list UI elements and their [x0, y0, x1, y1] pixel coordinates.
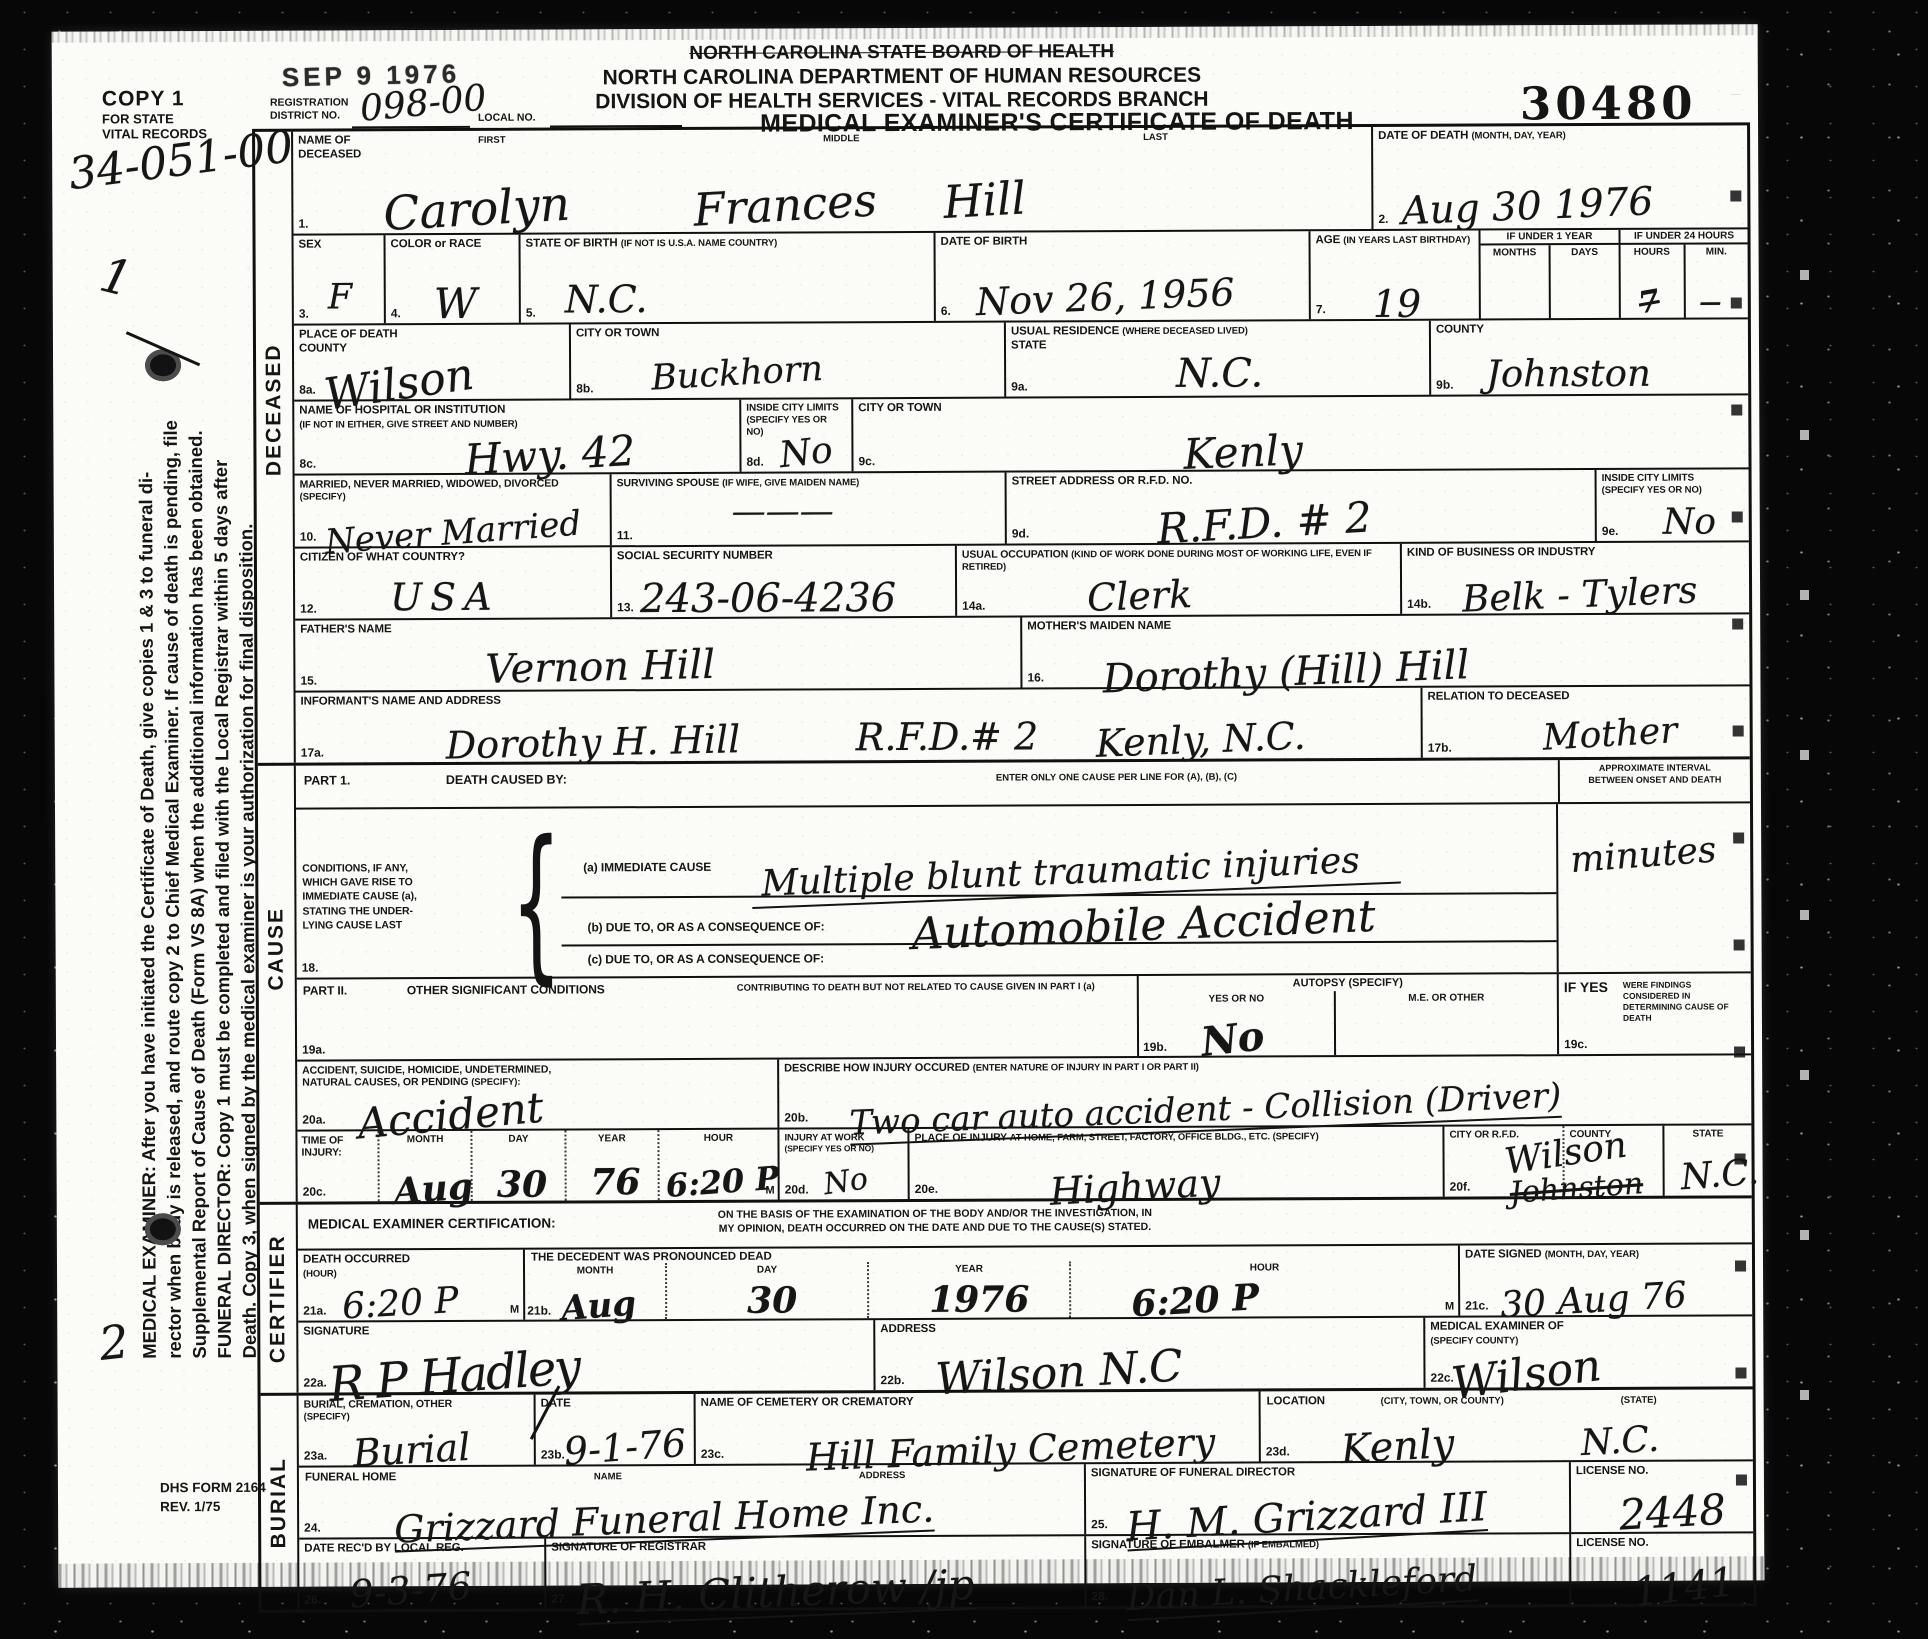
hw-date-signed: 30 Aug 76 [1499, 1278, 1687, 1325]
hw-autopsy: No [1199, 1016, 1266, 1063]
hw-fd-license: 2448 [1618, 1489, 1727, 1537]
col-last: LAST [1143, 132, 1168, 143]
row-citizen-ssn: CITIZEN OF WHAT COUNTRY?12. USA SOCIAL S… [295, 540, 1749, 618]
form-revision: REV. 1/75 [160, 1498, 266, 1517]
field-interval-header: APPROXIMATE INTERVALBETWEEN ONSET AND DE… [1558, 759, 1750, 802]
hw-injury-state: N.C. [1679, 1155, 1760, 1197]
field-residence-state: USUAL RESIDENCE (WHERE DECEASED LIVED)ST… [1004, 321, 1429, 397]
field-street-address: STREET ADDRESS OR R.F.D. NO. 9d. R.F.D. … [1005, 470, 1595, 544]
hw-occupation: Clerk [1086, 575, 1192, 617]
field-pronounced-dead: THE DECEDENT WAS PRONOUNCED DEAD MONTH 2… [523, 1246, 1458, 1320]
field-sex: SEX3. F [294, 235, 384, 323]
form-number: DHS FORM 2164 [160, 1479, 266, 1498]
hw-hospital: Hwy. 42 [463, 430, 636, 482]
scan-edge-top [52, 24, 1758, 42]
hw-embalmer-license: 1141 [1632, 1562, 1738, 1613]
registration-district-label: REGISTRATION DISTRICT NO. [270, 96, 349, 123]
row-manner: ACCIDENT, SUICIDE, HOMICIDE, UNDETERMINE… [297, 1053, 1751, 1129]
part2-sub-label: CONTRIBUTING TO DEATH BUT NOT RELATED TO… [737, 981, 1117, 995]
field-mother: MOTHER'S MAIDEN NAME16. Dorothy (Hill) H… [1020, 614, 1749, 687]
other-conditions-label: OTHER SIGNIFICANT CONDITIONS [407, 982, 605, 997]
field-registrar-signature: SIGNATURE OF REGISTRAR27. R. H. Clithero… [544, 1536, 1084, 1608]
certificate-paper: COPY 1 FOR STATE VITAL RECORDS 34-051-00… [52, 24, 1765, 1587]
field-interval-value: minutes [1556, 803, 1751, 972]
hw-first-name: Carolyn [382, 181, 571, 239]
hw-icl1: No [778, 433, 835, 475]
field-residence-city: CITY OR TOWN 9c. Kenly [851, 395, 1748, 471]
scanned-death-certificate: COPY 1 FOR STATE VITAL RECORDS 34-051-00… [0, 0, 1928, 1639]
field-name-of-deceased: NAME OFDECEASED FIRST MIDDLE LAST 1. Car… [293, 127, 1371, 234]
hw-informant-city: Kenly, N.C. [1095, 717, 1306, 763]
handwritten-mark-1: 1 [95, 251, 136, 305]
field-manner: ACCIDENT, SUICIDE, HOMICIDE, UNDETERMINE… [297, 1060, 777, 1130]
col-pronounced-year: YEAR 1976 [867, 1261, 1069, 1318]
hw-registrar: R. H. Clitherow /jp [576, 1564, 976, 1626]
col-hours: HOURS 7 [1621, 245, 1684, 318]
section-label-burial: BURIAL [267, 1457, 291, 1548]
registration-label: REGISTRATION [270, 96, 349, 108]
part2-label: PART II. [303, 983, 347, 997]
field-part2: PART II. OTHER SIGNIFICANT CONDITIONS CO… [297, 976, 1137, 1060]
printed-m-2: M [510, 1304, 519, 1316]
hw-ssn: 243-06-4236 [640, 578, 896, 619]
hw-icl2: No [1663, 504, 1716, 540]
field-funeral-home: FUNERAL HOME NAME ADDRESS 24. Grizzard F… [299, 1464, 1084, 1537]
row-hospital: NAME OF HOSPITAL OR INSTITUTION(IF NOT I… [294, 393, 1748, 473]
funeral-home-name-sub: NAME [594, 1471, 622, 1482]
field-business: KIND OF BUSINESS OR INDUSTRY14b. Belk - … [1400, 542, 1749, 614]
hw-date-of-death: Aug 30 1976 [1401, 182, 1654, 231]
death-caused-by-label: DEATH CAUSED BY: [446, 772, 567, 787]
field-how-injury: DESCRIBE HOW INJURY OCCURED (ENTER NATUR… [777, 1055, 1751, 1127]
hw-death-hour: 6:20 P [341, 1283, 459, 1326]
section-label-deceased: DECEASED [262, 343, 287, 476]
field-father: FATHER'S NAME15. Vernon Hill [295, 618, 1020, 691]
hw-burial-type: Burial [352, 1428, 471, 1473]
hw-informant-rfd: R.F.D.# 2 [856, 717, 1039, 756]
location-state-sub: (STATE) [1621, 1395, 1657, 1406]
col-pronounced-hour: HOUR 6:20 P M [1069, 1260, 1458, 1318]
col-first: FIRST [478, 135, 506, 146]
hw-pronounced-day: 30 [747, 1282, 797, 1318]
row-cause-body: CONDITIONS, IF ANY,WHICH GAVE RISE TO IM… [296, 801, 1751, 977]
col-pronounced-month: MONTH 21b. Aug [525, 1263, 665, 1320]
rail-burial: BURIAL [261, 1396, 300, 1610]
field-part1-header: PART 1. DEATH CAUSED BY: ENTER ONLY ONE … [296, 760, 1558, 808]
copy-number: COPY 1 [102, 87, 207, 111]
rail-deceased: DECEASED [255, 132, 296, 763]
row-place-of-death: PLACE OF DEATHCOUNTY 8a. Wilson CITY OR … [294, 317, 1748, 399]
col-middle: MIDDLE [823, 133, 859, 144]
hw-spouse-dash: ——— [732, 494, 834, 528]
hw-burial-date: 9-1-76 [563, 1424, 688, 1471]
handwritten-mark-2: 2 [97, 1318, 131, 1367]
field-if-under-24-hours: IF UNDER 24 HOURS HOURS 7 MIN. — [1618, 229, 1747, 318]
hw-date-received: 9-3-76 [348, 1567, 473, 1614]
form-number-block: DHS FORM 2164 REV. 1/75 [160, 1479, 266, 1517]
due-to-c-label: (c) DUE TO, OR AS A CONSEQUENCE OF: [588, 951, 824, 966]
section-burial: BURIAL BURIAL, CREMATION, OTHER(SPECIFY)… [261, 1386, 1754, 1610]
hw-middle-name: Frances [692, 177, 878, 232]
old-agency-name: NORTH CAROLINA STATE BOARD OF HEALTH [492, 40, 1312, 66]
hw-state-of-birth: N.C. [565, 280, 648, 318]
hw-informant-name: Dorothy H. Hill [445, 720, 740, 764]
me-cert-label: MEDICAL EXAMINER CERTIFICATION: [308, 1216, 556, 1232]
hw-injury-day: 30 [497, 1167, 547, 1203]
field-injury-county: COUNTY Wilson Johnston [1562, 1126, 1662, 1196]
field-age: AGE (IN YEARS LAST BIRTHDAY) 7. 19 [1308, 231, 1478, 320]
hw-min: — [1699, 291, 1721, 313]
location-label: LOCATION [1267, 1395, 1325, 1409]
hw-injury-month: Aug [392, 1168, 474, 1210]
hw-embalmer: Dan L. Shackleford [1126, 1561, 1479, 1621]
row-name-dod: NAME OFDECEASED FIRST MIDDLE LAST 1. Car… [293, 125, 1747, 233]
certificate-table: DECEASED NAME OFDECEASED FIRST MIDDLE LA… [252, 122, 1756, 1613]
row-me-signature: SIGNATURE22a. R P Hadley ADDRESS22b. Wil… [298, 1314, 1752, 1392]
field-fd-license: LICENSE NO. 2448 [1569, 1461, 1753, 1532]
side-instructions: MEDICAL EXAMINER: After you have initiat… [131, 118, 261, 1359]
row-pronounced-dead: DEATH OCCURRED(HOUR) 21a. 6:20 P M THE D… [298, 1242, 1752, 1320]
section-deceased: DECEASED NAME OFDECEASED FIRST MIDDLE LA… [255, 125, 1750, 763]
hw-race: W [434, 283, 477, 325]
hw-last-name: Hill [942, 175, 1027, 225]
hw-injury-year: 76 [590, 1164, 640, 1200]
hw-sex: F [328, 280, 352, 315]
if-yes-label: IF YES [1564, 979, 1608, 995]
cause-line-b: (b) DUE TO, OR AS A CONSEQUENCE OF: Auto… [561, 894, 1556, 946]
field-inside-city-limits-2: INSIDE CITY LIMITS(SPECIFY YES OR NO) 9e… [1595, 469, 1749, 541]
section-label-certifier: CERTIFIER [266, 1234, 291, 1363]
field-date-of-death: DATE OF DEATH (MONTH, DAY, YEAR) 2. Aug … [1371, 125, 1747, 229]
field-surviving-spouse: SURVIVING SPOUSE (IF WIFE, GIVE MAIDEN N… [610, 473, 1005, 546]
pronounced-num: 21b. [527, 1304, 551, 1318]
field-informant: INFORMANT'S NAME AND ADDRESS17a. Dorothy… [295, 688, 1420, 763]
row-funeral-home: FUNERAL HOME NAME ADDRESS 24. Grizzard F… [299, 1459, 1753, 1537]
section-cause: CAUSE PART 1. DEATH CAUSED BY: ENTER ONL… [258, 756, 1752, 1202]
col-injury-day: DAY 30 [471, 1131, 565, 1201]
hw-hours: 7 [1636, 286, 1662, 319]
outer-tick-marks [1800, 120, 1809, 1500]
punch-hole-bottom [145, 1213, 181, 1245]
col-days: DAYS [1549, 245, 1619, 318]
col-autopsy-yesno: YES OR NO 19b. No [1139, 991, 1334, 1056]
col-injury-hour: HOUR 6:20 P M [657, 1130, 777, 1201]
district-number-value: 098-00 [359, 80, 488, 127]
row-burial: BURIAL, CREMATION, OTHER(SPECIFY) 23a. B… [299, 1389, 1753, 1465]
field-me-signature: SIGNATURE22a. R P Hadley [298, 1320, 873, 1393]
hw-pronounced-hour: 6:20 P [1130, 1279, 1260, 1322]
if-yes-sub: WERE FINDINGS CONSIDERED IN DETERMINING … [1623, 979, 1743, 1024]
row-informant: INFORMANT'S NAME AND ADDRESS17a. Dorothy… [295, 684, 1749, 762]
row-parents: FATHER'S NAME15. Vernon Hill MOTHER'S MA… [295, 612, 1749, 690]
field-residence-county: COUNTY9b. Johnston [1429, 319, 1748, 394]
cause-line-a: (a) IMMEDIATE CAUSE Multiple blunt traum… [561, 804, 1556, 898]
hw-residence-state: N.C. [1176, 353, 1263, 393]
field-autopsy: AUTOPSY (SPECIFY) YES OR NO 19b. No M.E.… [1137, 974, 1557, 1056]
rail-cause: CAUSE [258, 766, 298, 1202]
row-sex-birth: SEX3. F COLOR or RACE4. W STATE OF BIRTH… [293, 227, 1747, 323]
hw-injury-hour: 6:20 P [665, 1162, 781, 1202]
hw-pronounced-month: Aug [560, 1287, 637, 1326]
hw-residence-city: Kenly [1183, 429, 1304, 476]
due-to-b-label: (b) DUE TO, OR AS A CONSEQUENCE OF: [587, 919, 824, 934]
field-conditions-label: CONDITIONS, IF ANY,WHICH GAVE RISE TO IM… [296, 809, 562, 978]
hw-relation: Mother [1542, 713, 1679, 757]
row-part1-header: PART 1. DEATH CAUSED BY: ENTER ONLY ONE … [296, 759, 1750, 807]
col-pronounced-day: DAY 30 [665, 1262, 867, 1319]
field-cause-lines: (a) IMMEDIATE CAUSE Multiple blunt traum… [561, 804, 1557, 976]
hw-business: Belk - Tylers [1461, 571, 1698, 617]
field-state-of-birth: STATE OF BIRTH (IF NOT IS U.S.A. NAME CO… [519, 233, 934, 323]
hw-place-of-injury: Highway [1049, 1163, 1222, 1211]
field-injury-state: STATE N.C. [1662, 1125, 1751, 1195]
col-injury-year: YEAR 76 [564, 1130, 658, 1200]
field-embalmer-license: LICENSE NO. 1141 [1569, 1533, 1753, 1604]
hw-pronounced-year: 1976 [929, 1281, 1029, 1317]
hw-pod-city: Buckhorn [650, 352, 824, 397]
section-label-cause: CAUSE [264, 907, 288, 991]
field-death-occurred-hour: DEATH OCCURRED(HOUR) 21a. 6:20 P M [298, 1250, 523, 1321]
field-date-of-birth: DATE OF BIRTH6. Nov 26, 1956 [933, 231, 1308, 321]
hw-injury-at-work: No [822, 1164, 870, 1200]
col-autopsy-me-other: M.E. OR OTHER [1334, 990, 1557, 1055]
field-ssn: SOCIAL SECURITY NUMBER13. 243-06-4236 [610, 546, 955, 618]
printed-m-3: M [1445, 1301, 1454, 1313]
autopsy-num: 19b. [1143, 1040, 1167, 1054]
field-if-yes: IF YES WERE FINDINGS CONSIDERED IN DETER… [1557, 973, 1751, 1054]
field-race: COLOR or RACE4. W [384, 235, 519, 324]
hw-father: Vernon Hill [485, 645, 715, 690]
section-certifier: CERTIFIER MEDICAL EXAMINER CERTIFICATION… [260, 1195, 1753, 1393]
rail-certifier: CERTIFIER [260, 1205, 299, 1393]
field-burial-date: DATE23b. 9-1-76 [534, 1394, 694, 1465]
autopsy-label: AUTOPSY (SPECIFY) [1139, 974, 1557, 992]
field-me-of-county: MEDICAL EXAMINER OF(SPECIFY COUNTY) 22c.… [1423, 1316, 1752, 1387]
col-months: MONTHS [1481, 245, 1549, 318]
one-cause-per-line-label: ENTER ONLY ONE CAUSE PER LINE FOR (A), (… [996, 772, 1237, 784]
field-marital-status: MARRIED, NEVER MARRIED, WIDOWED, DIVORCE… [295, 474, 610, 546]
hw-age: 19 [1373, 285, 1422, 323]
field-relation: RELATION TO DECEASED17b. Mother [1420, 686, 1749, 757]
field-occupation: USUAL OCCUPATION (KIND OF WORK DONE DURI… [955, 544, 1400, 616]
hw-date-of-birth: Nov 26, 1956 [975, 273, 1235, 321]
col-min: MIN. — [1683, 244, 1748, 317]
field-if-under-1-year: IF UNDER 1 YEAR MONTHS DAYS [1478, 230, 1618, 319]
hw-cemetery-city: Kenly [1340, 1424, 1456, 1470]
hw-interval: minutes [1569, 832, 1718, 879]
field-date-signed: DATE SIGNED (MONTH, DAY, YEAR) 21c. 30 A… [1458, 1244, 1752, 1315]
field-me-address: ADDRESS22b. Wilson N.C [873, 1318, 1423, 1390]
hw-cemetery-state: N.C. [1580, 1422, 1660, 1462]
part1-label: PART 1. [304, 773, 350, 788]
field-pod-city: CITY OR TOWN8b. Buckhorn [569, 323, 1004, 399]
immediate-cause-label: (a) IMMEDIATE CAUSE [583, 860, 711, 875]
hw-residence-county: Johnston [1486, 355, 1651, 393]
field-inside-city-limits-1: INSIDE CITY LIMITS (SPECIFY YES OR NO) 8… [739, 399, 851, 471]
field-fd-signature: SIGNATURE OF FUNERAL DIRECTOR25. H. M. G… [1084, 1462, 1569, 1534]
hw-street: R.F.D. # 2 [1156, 496, 1373, 550]
brace-glyph: { [511, 804, 563, 1001]
hw-citizen: USA [390, 578, 500, 616]
field-pod-county: PLACE OF DEATHCOUNTY 8a. Wilson [294, 324, 569, 399]
district-no-label: DISTRICT NO. [270, 110, 340, 122]
